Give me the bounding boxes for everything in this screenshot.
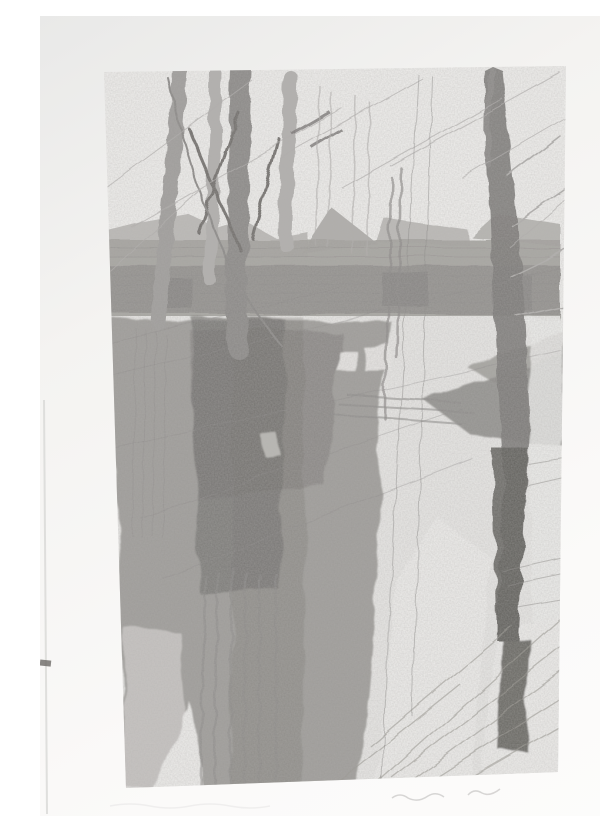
sketch-stroke xyxy=(110,804,270,808)
margin-dark-mark xyxy=(40,659,51,666)
sheet-edge-crease xyxy=(44,400,47,814)
sketch-print xyxy=(40,16,600,816)
print-area xyxy=(98,62,580,794)
sketch-stroke xyxy=(392,794,444,800)
pencil-inscription xyxy=(110,789,500,808)
artwork-photo xyxy=(40,16,600,816)
sketch-stroke xyxy=(468,789,500,795)
paper-grain xyxy=(98,62,570,794)
